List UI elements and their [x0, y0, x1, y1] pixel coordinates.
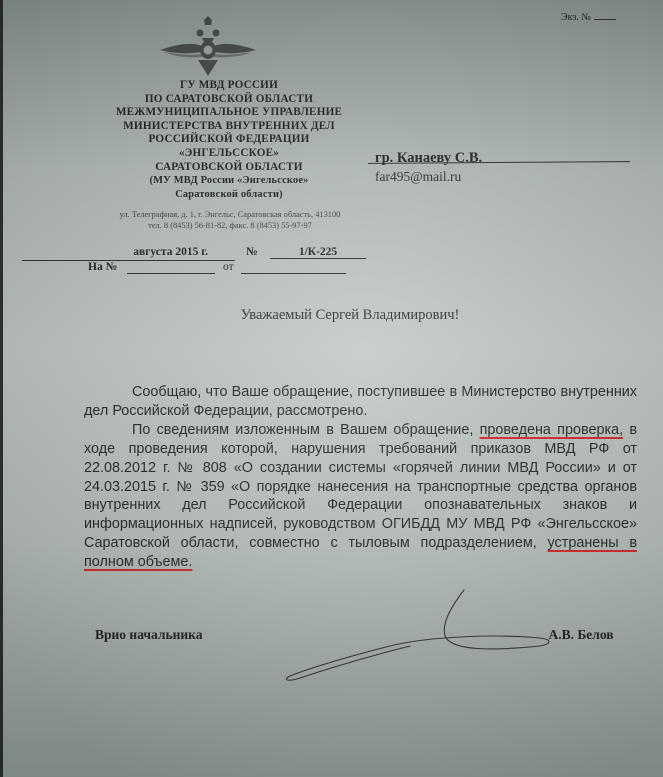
eagle-emblem-icon: [158, 16, 258, 78]
recipient-name: гр. Канаеву С.В.: [375, 150, 482, 167]
org-short-name-region: Саратовской области): [100, 188, 358, 202]
org-short-name: (МУ МВД России «Энгельсское»: [100, 174, 358, 188]
reference-number-blank: [127, 273, 215, 274]
org-line: РОССИЙСКОЙ ФЕДЕРАЦИИ: [100, 133, 358, 147]
org-line: САРАТОВСКОЙ ОБЛАСТИ: [100, 161, 358, 175]
body-paragraph: По сведениям изложенным в Вашем обращени…: [84, 421, 637, 572]
org-line: МЕЖМУНИЦИПАЛЬНОЕ УПРАВЛЕНИЕ: [100, 106, 358, 120]
handwritten-signature-icon: [250, 580, 570, 690]
outgoing-number: 1/К-225: [270, 246, 366, 259]
reference-label: На №: [88, 261, 117, 273]
org-phones: тел. 8 (8453) 56-81-82, факс. 8 (8453) 5…: [85, 221, 375, 232]
org-line: «ЭНГЕЛЬССКОЕ»: [100, 147, 358, 161]
outgoing-number-label: №: [246, 246, 258, 258]
letter-body: Сообщаю, что Ваше обращение, поступившее…: [84, 383, 637, 572]
body-paragraph: Сообщаю, что Ваше обращение, поступившее…: [84, 383, 637, 421]
reference-date-blank: [241, 273, 346, 274]
body-text-segment: в ходе проведения которой, нарушения тре…: [84, 422, 637, 551]
organization-header: ГУ МВД РОССИИ ПО САРАТОВСКОЙ ОБЛАСТИ МЕЖ…: [100, 79, 358, 201]
recipient-email: far495@mail.ru: [375, 169, 461, 185]
org-contacts: ул. Телеграфная, д. 1, г. Энгельс, Сарат…: [85, 210, 375, 231]
org-line: ПО САРАТОВСКОЙ ОБЛАСТИ: [100, 93, 358, 107]
org-address: ул. Телеграфная, д. 1, г. Энгельс, Сарат…: [85, 210, 375, 221]
copy-number-label: Экз. №: [561, 12, 591, 23]
greeting: Уважаемый Сергей Владимирович!: [150, 307, 550, 324]
org-line: МИНИСТЕРСТВА ВНУТРЕННИХ ДЕЛ: [100, 120, 358, 134]
highlighted-phrase: проведена проверка,: [480, 422, 623, 438]
page-edge-shadow: [0, 0, 3, 777]
org-line: ГУ МВД РОССИИ: [100, 79, 358, 93]
copy-number: Экз. №: [561, 12, 616, 23]
reference-row: На № от: [88, 261, 388, 281]
letter-page: Экз. № ГУ МВД РОССИИ ПО САРАТОВСКОЙ ОБЛА…: [0, 0, 663, 777]
body-text-segment: По сведениям изложенным в Вашем обращени…: [132, 422, 480, 438]
outgoing-date: августа 2015 г.: [80, 246, 238, 258]
copy-number-blank: [594, 19, 616, 20]
reference-from-label: от: [223, 261, 234, 273]
signatory-title: Врио начальника: [95, 627, 202, 643]
signatory-name: А.В. Белов: [548, 627, 613, 643]
